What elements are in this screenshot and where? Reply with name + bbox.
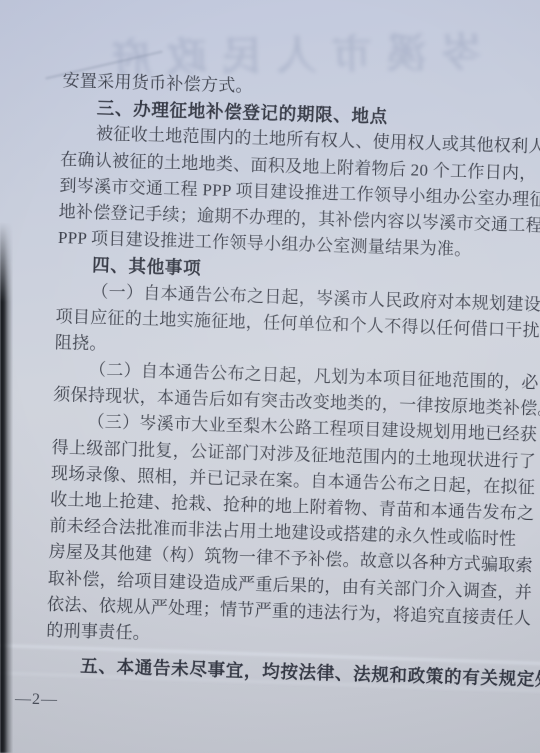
document-text-block: 安置采用货币补偿方式。三、办理征地补偿登记的期限、地点被征收土地范围内的土地所有… [45, 68, 515, 691]
photo-edge-shadow [0, 222, 13, 753]
page-number: —2— [15, 691, 58, 710]
document-photo: 岑溪市人民政府 安置采用货币补偿方式。三、办理征地补偿登记的期限、地点被征收土地… [0, 0, 540, 753]
